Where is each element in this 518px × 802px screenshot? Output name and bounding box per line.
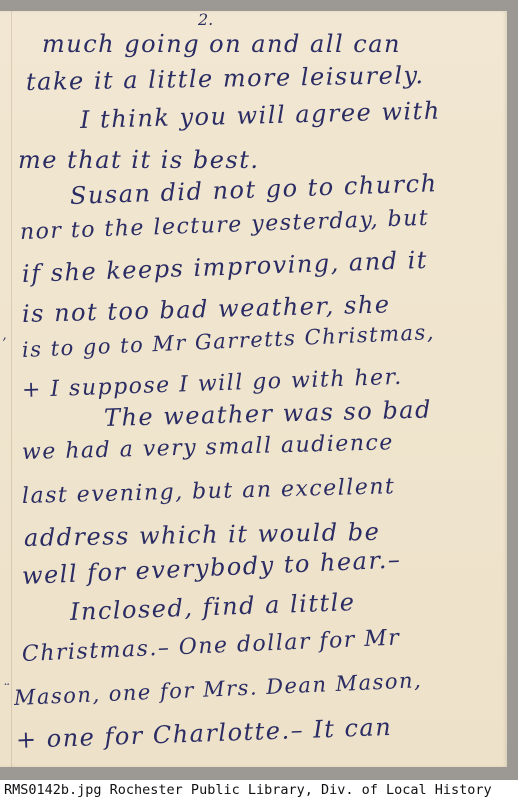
- letter-line-1: much going on and all can: [42, 30, 401, 58]
- paper-fold-line: [11, 11, 12, 767]
- margin-mark: ’: [2, 336, 6, 352]
- letter-line-4: me that it is best.: [18, 146, 260, 174]
- page-number: 2.: [198, 10, 213, 29]
- image-caption: RMS0142b.jpg Rochester Public Library, D…: [4, 782, 492, 798]
- margin-mark: ¨: [2, 682, 9, 698]
